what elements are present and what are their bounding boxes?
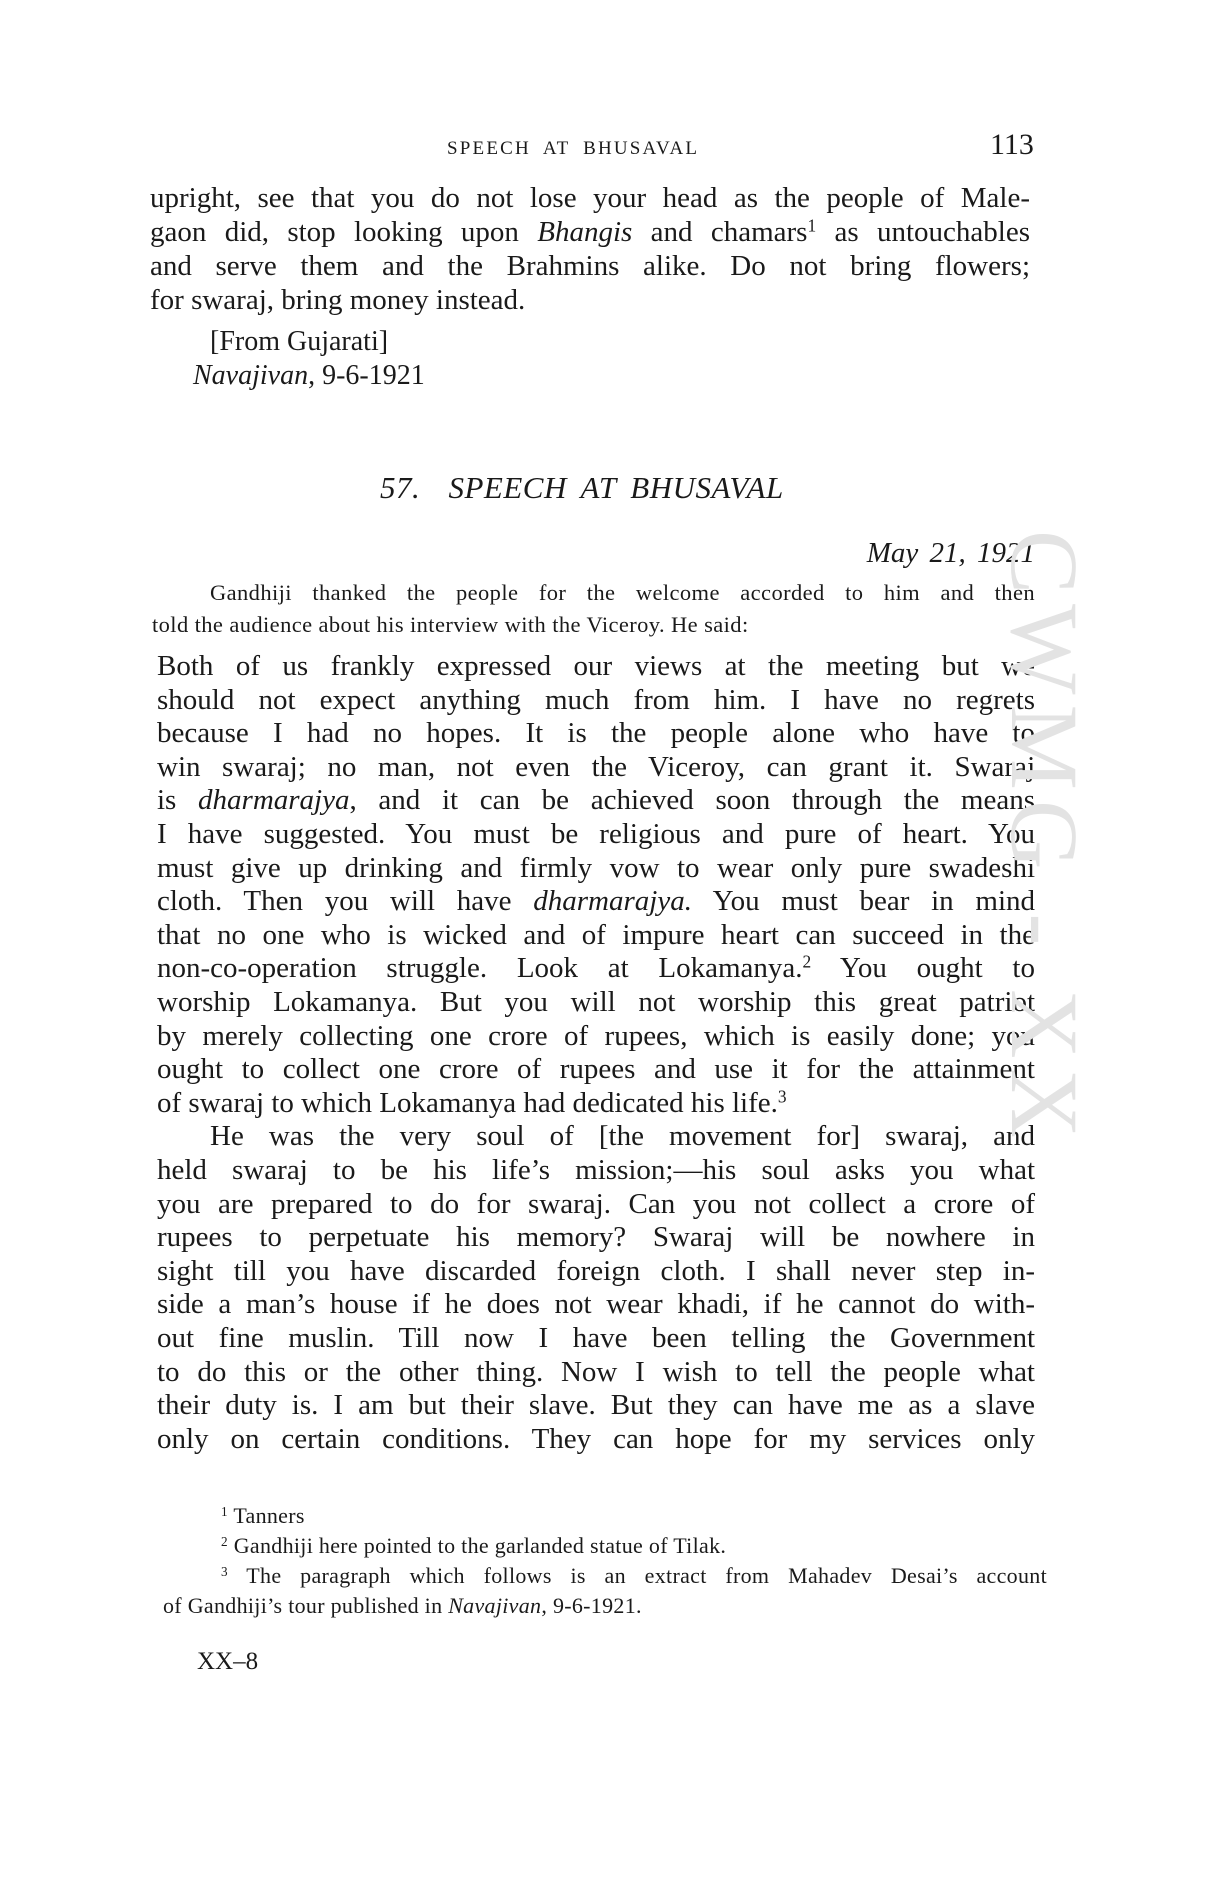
text-line: to do this or the other thing. Now I wis… xyxy=(157,1358,1035,1387)
text-line: Gandhiji thanked the people for the welc… xyxy=(210,582,1035,605)
text-line: rupees to perpetuate his memory? Swaraj … xyxy=(157,1223,1035,1252)
text-line: you are prepared to do for swaraj. Can y… xyxy=(157,1190,1035,1219)
text-line: of swaraj to which Lokamanya had dedicat… xyxy=(157,1089,1035,1118)
text-line: of Gandhiji’s tour published in Navajiva… xyxy=(163,1595,1047,1617)
source-language-note: [From Gujarati] xyxy=(210,326,388,358)
text-line: 3 The paragraph which follows is an extr… xyxy=(221,1565,1047,1587)
text-line: 1 Tanners xyxy=(221,1505,1047,1527)
text-line: is dharmarajya, and it can be achieved s… xyxy=(157,786,1035,815)
text-line: sight till you have discarded foreign cl… xyxy=(157,1257,1035,1286)
volume-mark: XX–8 xyxy=(197,1648,258,1676)
footnote-ref: 1 xyxy=(807,215,816,235)
text-line: out fine muslin. Till now I have been te… xyxy=(157,1324,1035,1353)
text-line: side a man’s house if he does not wear k… xyxy=(157,1290,1035,1319)
source-date: , 9-6-1921 xyxy=(308,360,425,391)
footnote-ref: 1 xyxy=(221,1504,228,1519)
footnote-ref: 3 xyxy=(778,1086,787,1106)
text-line: Both of us frankly expressed our views a… xyxy=(157,652,1035,681)
text-line: for swaraj, bring money instead. xyxy=(150,286,1030,315)
text-line: ought to collect one crore of rupees and… xyxy=(157,1055,1035,1084)
watermark: CWMG - XX xyxy=(1040,530,1100,1430)
text-line: non-co-operation struggle. Look at Lokam… xyxy=(157,954,1035,983)
article-title: 57. SPEECH AT BHUSAVAL xyxy=(380,470,784,506)
text-line: their duty is. I am but their slave. But… xyxy=(157,1391,1035,1420)
text-line: gaon did, stop looking upon Bhangis and … xyxy=(150,218,1030,247)
article-number: 57. xyxy=(380,470,420,505)
text-line: cloth. Then you will have dharmarajya. Y… xyxy=(157,887,1035,916)
text-line: 2 Gandhiji here pointed to the garlanded… xyxy=(221,1535,1047,1557)
source-citation: Navajivan, 9-6-1921 xyxy=(193,360,425,392)
italic-term: Navajivan xyxy=(448,1593,541,1618)
text-line: must give up drinking and firmly vow to … xyxy=(157,854,1035,883)
footnote-ref: 2 xyxy=(221,1534,228,1549)
text-line: He was the very soul of [the movement fo… xyxy=(210,1122,1035,1151)
text-line: and serve them and the Brahmins alike. D… xyxy=(150,252,1030,281)
text-line: only on certain conditions. They can hop… xyxy=(157,1425,1035,1454)
source-publication: Navajivan xyxy=(193,360,308,391)
text-line: held swaraj to be his life’s mission;—hi… xyxy=(157,1156,1035,1185)
text-line: worship Lokamanya. But you will not wors… xyxy=(157,988,1035,1017)
italic-term: dharmarajya xyxy=(198,784,349,816)
text-line: told the audience about his interview wi… xyxy=(152,614,1035,637)
text-line: I have suggested. You must be religious … xyxy=(157,820,1035,849)
text-line: because I had no hopes. It is the people… xyxy=(157,719,1035,748)
text-line: that no one who is wicked and of impure … xyxy=(157,921,1035,950)
text-line: win swaraj; no man, not even the Viceroy… xyxy=(157,753,1035,782)
italic-term: dharmarajya. xyxy=(533,885,692,917)
footnote-ref: 2 xyxy=(803,952,812,972)
running-head: SPEECH AT BHUSAVAL xyxy=(447,138,699,160)
footnote-ref: 3 xyxy=(221,1564,228,1579)
article-title-text: SPEECH AT BHUSAVAL xyxy=(449,470,784,505)
page-number: 113 xyxy=(990,128,1030,162)
italic-term: Bhangis xyxy=(537,216,632,248)
text-line: upright, see that you do not lose your h… xyxy=(150,184,1030,213)
text-line: should not expect anything much from him… xyxy=(157,686,1035,715)
watermark-text: CWMG - XX xyxy=(989,530,1100,1148)
text-line: by merely collecting one crore of rupees… xyxy=(157,1022,1035,1051)
